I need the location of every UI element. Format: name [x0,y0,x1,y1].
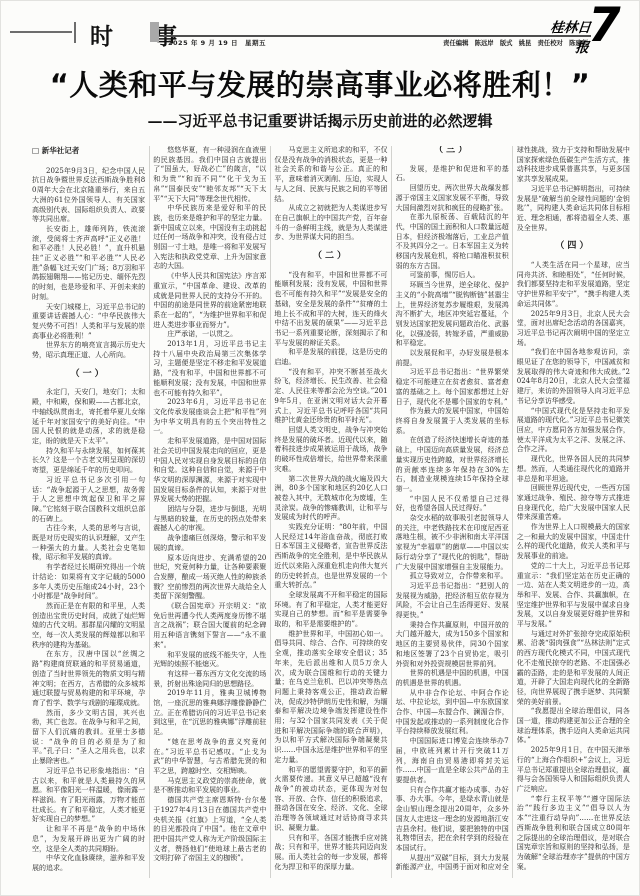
article-paragraph: 2013年1月，习近平总书记主持十八届中央政治局第三次集体学习，主题便是坚定不移… [153,340,266,398]
article-paragraph: 有这样一幕东西方文化交流的场景，折射出殊途同归的思想路径。 [153,670,266,689]
article-paragraph: 永定门，天安门，地安门；太和殿，中和殿，保和殿——古都北京，中轴线纵贯南北，寄托… [32,388,145,446]
article-paragraph: 发展，是维护和促进和平的基石。 [396,165,509,184]
article-paragraph: 让和平不再是“战争的中场休息”，为发展开辟出更为广阔的时空，这是全人类的共同期盼… [32,825,145,854]
masthead-gray-block [150,22,159,42]
masthead-left-line [10,31,72,33]
article-paragraph: 习近平总书记形象地指出：“自古以来，和平就是人类最持久的夙愿。和平像阳光一样温暖… [32,767,145,825]
article-paragraph: 维护世界和平，中国初心如一。倡导共同、综合、合作、可持续的安全观，推动落实全球安… [274,630,387,766]
article-paragraph: 只有和平，各国才能携手应对挑战；只有和平，世界才能共同迈向发展。而人类社会的每一… [274,834,387,873]
article-paragraph: 在东方，汉唐中国以“丝绸之路”构建商贸联通的和平贸易通道，创造了当时世界领先的物… [32,650,145,708]
article-paragraph: “奉行主权平等”“遵守国际法治”“践行多边主义”“倡导以人为本”“注重行动导向”… [517,795,630,873]
main-headline: “人类和平与发展的崇高事业必将胜利！” [0,63,640,104]
article-paragraph: 走和平发展道路，是中国对国际社会关切中国发展走向的回应，更是中国人民对实现自身发… [153,437,266,505]
article-paragraph: “中国人民不仅希望自己过得好，也希望各国人民过得好。” [396,495,509,514]
article-paragraph: 战争遗痛巨创深烙，警示和平发展的真谛。 [153,534,266,553]
article-paragraph: 2019年11月，雅典卫城博物馆，一座沉思的雅典娜浮雕像静静伫立。正在希腊访问的… [153,689,266,738]
article-paragraph: 马克思主义政党的崇高使命，就是不断推动和平发展的事业。 [153,777,266,796]
article-paragraph: 2025年9月1日，在中国天津举行的“上海合作组织+”会议上，习近平总书记郑重提… [517,746,630,795]
article-paragraph: 作为最大的发展中国家，中国始终将自身发展置于人类发展的坐标系。 [396,407,509,436]
article-paragraph: 环顾当今世界，逆全球化、保护主义的“小院高墙”“脱钩断链”甚嚣尘上，世界经济复苏… [396,281,509,349]
newspaper-page: 时 事 2025 年 9 月 19 日 星期五 责任编辑 陈远岸 版式 姚昆 责… [0,0,640,896]
article-paragraph: 庄严承诺，一以贯之。 [153,330,266,340]
article-paragraph: 《中华人民共和国宪法》序言郑重宣示，“中国革命、建设、改革的成就是同世界人民的支… [153,272,266,330]
article-paragraph: 全球发展离不开和平稳定的国际环境。有了和平稳定，人类才能更好实现自己的梦想。而“… [274,591,387,630]
section-heading: （一） [32,370,145,380]
article-paragraph: 马克思主义所追求的和平，不仅仅是没有战争的消极状态，更是一种社会关系的和谐与公正… [274,146,387,204]
article-paragraph: 习近平总书记多次引用一句话：“战争起源于人之思想，故务需于人之思想中筑起保卫和平… [32,476,145,525]
article-paragraph: 2025年9月3日，北京人民大会堂，面对出席纪念活动的各国嘉宾，习近平总书记再次… [517,310,630,349]
article-paragraph: 天安门城楼上，习近平总书记的重要讲话震撼人心：“中华民族伟大复兴势不可挡！人类和… [32,303,145,342]
article-paragraph: “人类生活在同一个星球，应当同舟共济、和睦相处”，“任何时候，我们都要坚持走和平… [517,261,630,310]
article-paragraph: 习近平总书记指出：“世界繁荣稳定不可能建立在贫者愈贫、富者愈富的基础之上。每个国… [396,368,509,407]
article-paragraph: 和平发展的底线不能失守，人性光辉的烛照不能熄灭。 [153,651,266,670]
article-paragraph: 德国共产党主席恩斯特·台尔曼于1927年4月13日在德国共产党中央机关报《红旗》… [153,796,266,864]
article-paragraph: 中华文化血脉赓续，滋养和平发展的追求。 [32,854,145,873]
byline: □ 新华社记者 [32,146,145,156]
article-paragraph: 回顾世界近现代史，一些西方国家通过战争、殖民、掠夺等方式推进自身现代化，给广大发… [517,484,630,523]
article-paragraph: 2023年6月，习近平总书记在文化传承发展座谈会上把“和平性”列为中华文明具有的… [153,398,266,437]
article-paragraph: 习近平总书记指出：“把别人的发展视为威胁，把经济相互依存视为风险，不会让自己生活… [396,582,509,621]
article-paragraph: 现代化，世界各国人民的共同梦想。然而，人类通往现代化的道路并非总是和平坦途。 [517,455,630,484]
article-paragraph: 世界的机遇是中国的机遇，中国的机遇是世界的机遇。 [396,669,509,688]
article-paragraph: “她在思考战争的意义究竟何在。”习近平总书记感叹。“止戈为武”的中华智慧，与古希… [153,738,266,777]
article-paragraph: 和平的愿望需要守护，和平的薪火需要传递。其意义早已超越“没有战争”的被动状态，更… [274,766,387,834]
article-paragraph: 团结与分裂，进步与倒退，光明与黑暗的较量，在历史的拐点处带来震撼人心的审视。 [153,505,266,534]
article-paragraph: 长安街上，雄师列阵，铁流滚滚，受阅将士齐声高呼“正义必胜！和平必胜！人民必胜！”… [32,225,145,303]
article-paragraph: 中国国际进口博览会连续举办7届，中欧班列累计开行突破11万列，海南自由贸易港即将… [396,737,509,786]
article-paragraph: 《联合国宪章》开宗明义：“欲免后世再遭今代人类两度身历惨不堪言之战祸”；联合国大… [153,602,266,651]
section-heading: （四） [517,242,630,252]
paper-logo: 桂林日报 [536,16,592,56]
article-paragraph: 然而，多少文明古国，其兴也勃，其亡也忽。在战争与和平之间，留下人们沉痛的教训。亚… [32,709,145,767]
article-paragraph: 古往今来，人类的思考与言说，既是对历史现实的认识理解，又产生一种强大的力量。人类… [32,524,145,563]
article-paragraph: 然而正是在有限的和平里，人类创造出宝贵历史时间，成就了灿烂辉煌的古代文明。那群星… [32,602,145,651]
article-paragraph: 实践充分证明：“80年前，中国人民经过14年浴血奋战，彻底打败日本军国主义侵略者… [274,523,387,591]
article-paragraph: 在那九原板荡、百载陆沉的年代，中国的国土面积和人口数量远超日本，但经济极端落后，… [396,213,509,271]
article-paragraph: 和平是发展的前提，这是历史的启迪。 [274,348,387,367]
page-number: 7 [588,2,621,49]
article-paragraph: 从成立之初就把为人类谋进步写在自己旗帜上的中国共产党，百年奋斗的一条鲜明主线，就… [274,204,387,243]
masthead-accent-bar [74,22,76,43]
article-paragraph: “我愿提出全球治理倡议，同各国一道，推动构建更加公正合理的全球治理体系，携手迈向… [517,707,630,746]
article-paragraph: “中国式现代化是坚持走和平发展道路的现代化。”习近平总书记微笑回应，中方愿同各方… [517,407,630,456]
date-line: 2025 年 9 月 19 日 星期五 [168,38,266,47]
article-paragraph: 有学者经过长期研究得出一个统计结论：如果将有文字记载的5000多年人类历史压缩成… [32,563,145,602]
article-paragraph: 在创造了经济快速增长奇迹的基础上，中国迈向高质量发展，经济总量实现历史性跨越，对… [396,436,509,494]
article-paragraph: 回望历史，两次世界大战爆发都源于帝国主义国家发展不平衡，导致大国间激烈对抗和疯狂… [396,184,509,213]
article-paragraph: 只有合作共赢才能办成事、办好事、办大事。今年，是绿水青山就是金山银山理念提出20… [396,786,509,854]
article-paragraph: 持久和平与永续发展，如何葆其长久？这是一个古老文明呈现的深切寄望，更是绵延千年的… [32,447,145,476]
article-paragraph: “没有和平，冲突不断甚至战火纷飞，经济增长、民生改善、社会稳定、人民往来等都会沦… [274,368,387,426]
article-paragraph: 从中非合作论坛、中阿合作论坛、中拉论坛，到中国—中东欧国家合作、中国—东盟合作、… [396,689,509,738]
article-paragraph: 悠悠华夏，有一种浸润在血液里的民族基因。我们中国自古就提出了“国虽大，好战必亡”… [153,146,266,204]
article-paragraph: 2025年9月3日，纪念中国人民抗日战争暨世界反法西斯战争胜利80周年大会在北京… [32,167,145,225]
article-paragraph: 可鉴前事，惕厉后人。 [396,271,509,281]
article-paragraph: 党的二十大上，习近平总书记郑重宣示：“我们坚定站在历史正确的一边、站在人类文明进… [517,562,630,630]
article-paragraph: 世界东方的响亮宣言揭示历史大势，昭示真理正道、人心所向。 [32,341,145,360]
article-paragraph: 作为世界上人口规模最大的国家之一和最大的发展中国家，中国走什么样的现代化道路，攸… [517,523,630,562]
article-paragraph: “没有和平，中国和世界都不可能顺利发展；没有发展，中国和世界也不可能有持久和平”… [274,271,387,349]
article-paragraph: 中华民族历来是爱好和平的民族，也历来是维护和平的坚定力量。新中国成立以来，中国没… [153,204,266,272]
article-body: □ 新华社记者2025年9月3日，纪念中国人民抗日战争暨世界反法西斯战争胜利80… [32,146,630,878]
masthead-rule [163,35,591,37]
article-paragraph: 孤立导致对立，合作带来和平。 [396,572,509,582]
article-paragraph: 以发展促和平，办好发展是根本前提。 [396,349,509,368]
article-paragraph: 习近平总书记鲜明指出，可持续发展是“破解当前全球性问题的‘金钥匙’”，同构建人类… [517,185,630,234]
article-paragraph: 第二次世界大战的战火遍及四大洲，80多个国家和地区约20亿人口被卷入其中，无数城… [274,475,387,524]
article-paragraph: 回望人类文明史，战争与冲突始终是发展的破坏者。近现代以来，随着科技进步成果被运用… [274,426,387,475]
sub-headline: ——习近平总书记重要讲话揭示历史前进的必然逻辑 [0,110,640,131]
article-paragraph: 杂交水稻的故事吸引老挝领导人的关注，中老铁路技术在印度尼西亚落地生根，被不少非洲… [396,514,509,572]
article-paragraph: “我们在中国各地参观访问，亲眼见证了在您的领导下，中国减贫和发展取得的伟大奇迹和… [517,348,630,406]
section-heading: （二） [274,252,387,262]
article-paragraph: 与通过对外扩张掠夺完成原始积累、沿袭“弱肉强食”“丛林法则”定式的西方现代化模式… [517,630,630,708]
section-heading: （三） [396,146,509,156]
article-paragraph: 秉持合作共赢原则，中国开放的大门越开越大，成为150多个国家和地区的主要贸易伙伴… [396,621,509,670]
article-paragraph: 原本迈向进步、充满希望的20世纪，究竟何种力量，让各种要素聚合发酵，酿成一场灭绝… [153,554,266,603]
